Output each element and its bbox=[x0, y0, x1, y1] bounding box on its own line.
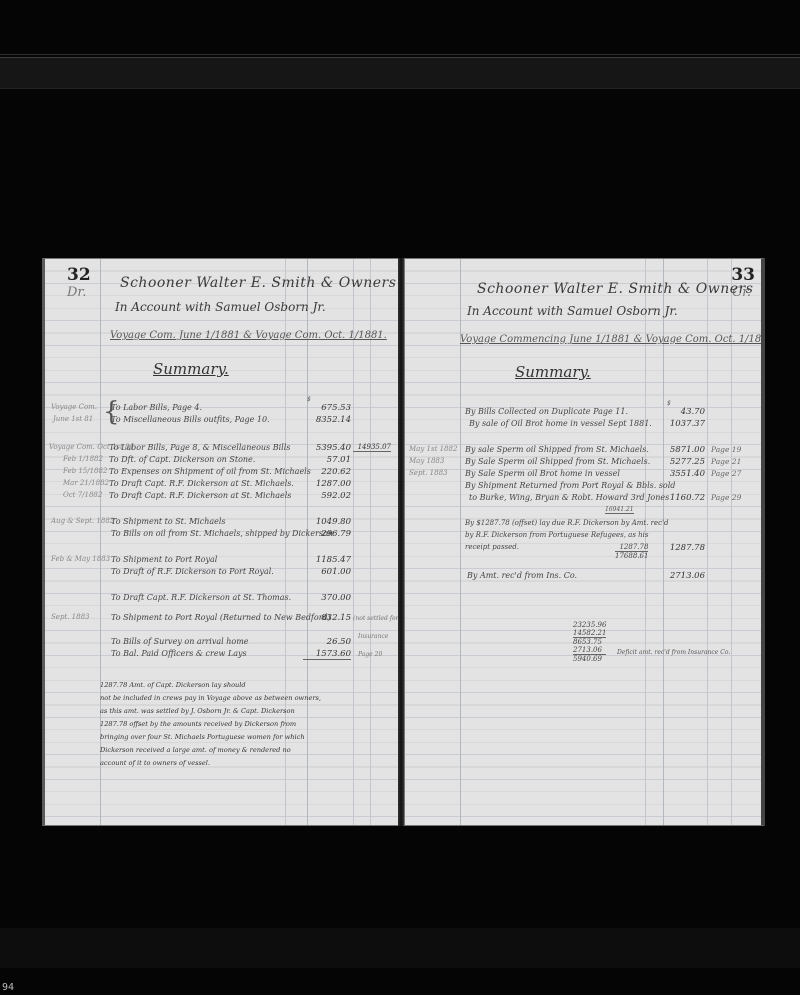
frame-marker: 94 bbox=[2, 982, 14, 993]
reconciliation-calc: 23235.96 14582.21 8653.75 2713.06 5940.6… bbox=[573, 621, 606, 663]
reconciliation-note: Deficit amt. rec'd from Insurance Co. bbox=[617, 649, 730, 656]
ledger-row: To Bal. Paid Officers & crew Lays 1573.6… bbox=[45, 649, 401, 662]
ledger-row: Oct 7/1882 To Draft Capt. R.F. Dickerson… bbox=[45, 491, 401, 504]
ledger-row: to Burke, Wing, Bryan & Robt. Howard 3rd… bbox=[405, 493, 761, 506]
footnote: 1287.78 Amt. of Capt. Dickerson lay shou… bbox=[100, 679, 330, 770]
ledger-row: By Amt. rec'd from Ins. Co. 2713.06 bbox=[405, 571, 761, 584]
credit-calculation: 1287.78 17688.61 bbox=[615, 543, 648, 560]
ledger-row: By sale of Oil Brot home in vessel Sept … bbox=[405, 419, 761, 432]
microfilm-bottom-band bbox=[0, 928, 800, 968]
ledger-book: 32 Dr. Schooner Walter E. Smith & Owners… bbox=[42, 258, 764, 826]
account-title: Schooner Walter E. Smith & Owners bbox=[477, 281, 753, 297]
ledger-row: To Draft of R.F. Dickerson to Port Royal… bbox=[45, 567, 401, 580]
extra-column-rule bbox=[370, 259, 371, 825]
account-subtitle: In Account with Samuel Osborn Jr. bbox=[115, 300, 326, 314]
left-page: 32 Dr. Schooner Walter E. Smith & Owners… bbox=[42, 258, 402, 826]
account-subtitle: In Account with Samuel Osborn Jr. bbox=[467, 304, 678, 318]
microfilm-top-band bbox=[0, 57, 800, 89]
voyage-dates: Voyage Com. June 1/1881 & Voyage Com. Oc… bbox=[110, 330, 387, 341]
ledger-row: To Draft Capt. R.F. Dickerson at St. Tho… bbox=[45, 593, 401, 606]
ledger-row: Sept. 1883 To Shipment to Port Royal (Re… bbox=[45, 613, 401, 626]
right-page: 33 Cr. Schooner Walter E. Smith & Owners… bbox=[404, 258, 765, 826]
voyage-dates: Voyage Commencing June 1/1881 & Voyage C… bbox=[460, 334, 765, 345]
summary-heading: Summary. bbox=[515, 363, 591, 381]
ledger-row: June 1st 81 To Miscellaneous Bills outfi… bbox=[45, 415, 401, 428]
debit-label: Dr. bbox=[67, 285, 86, 300]
summary-heading: Summary. bbox=[153, 360, 229, 378]
ledger-row: receipt passed. 1287.78 bbox=[405, 543, 761, 556]
microfilm-line bbox=[0, 54, 800, 55]
cents-column-rule bbox=[353, 259, 354, 825]
account-title: Schooner Walter E. Smith & Owners bbox=[120, 275, 396, 291]
subtotal: 16941.21 bbox=[605, 506, 634, 514]
page-number: 32 bbox=[67, 265, 91, 285]
ledger-row: To Bills on oil from St. Michaels, shipp… bbox=[45, 529, 401, 542]
